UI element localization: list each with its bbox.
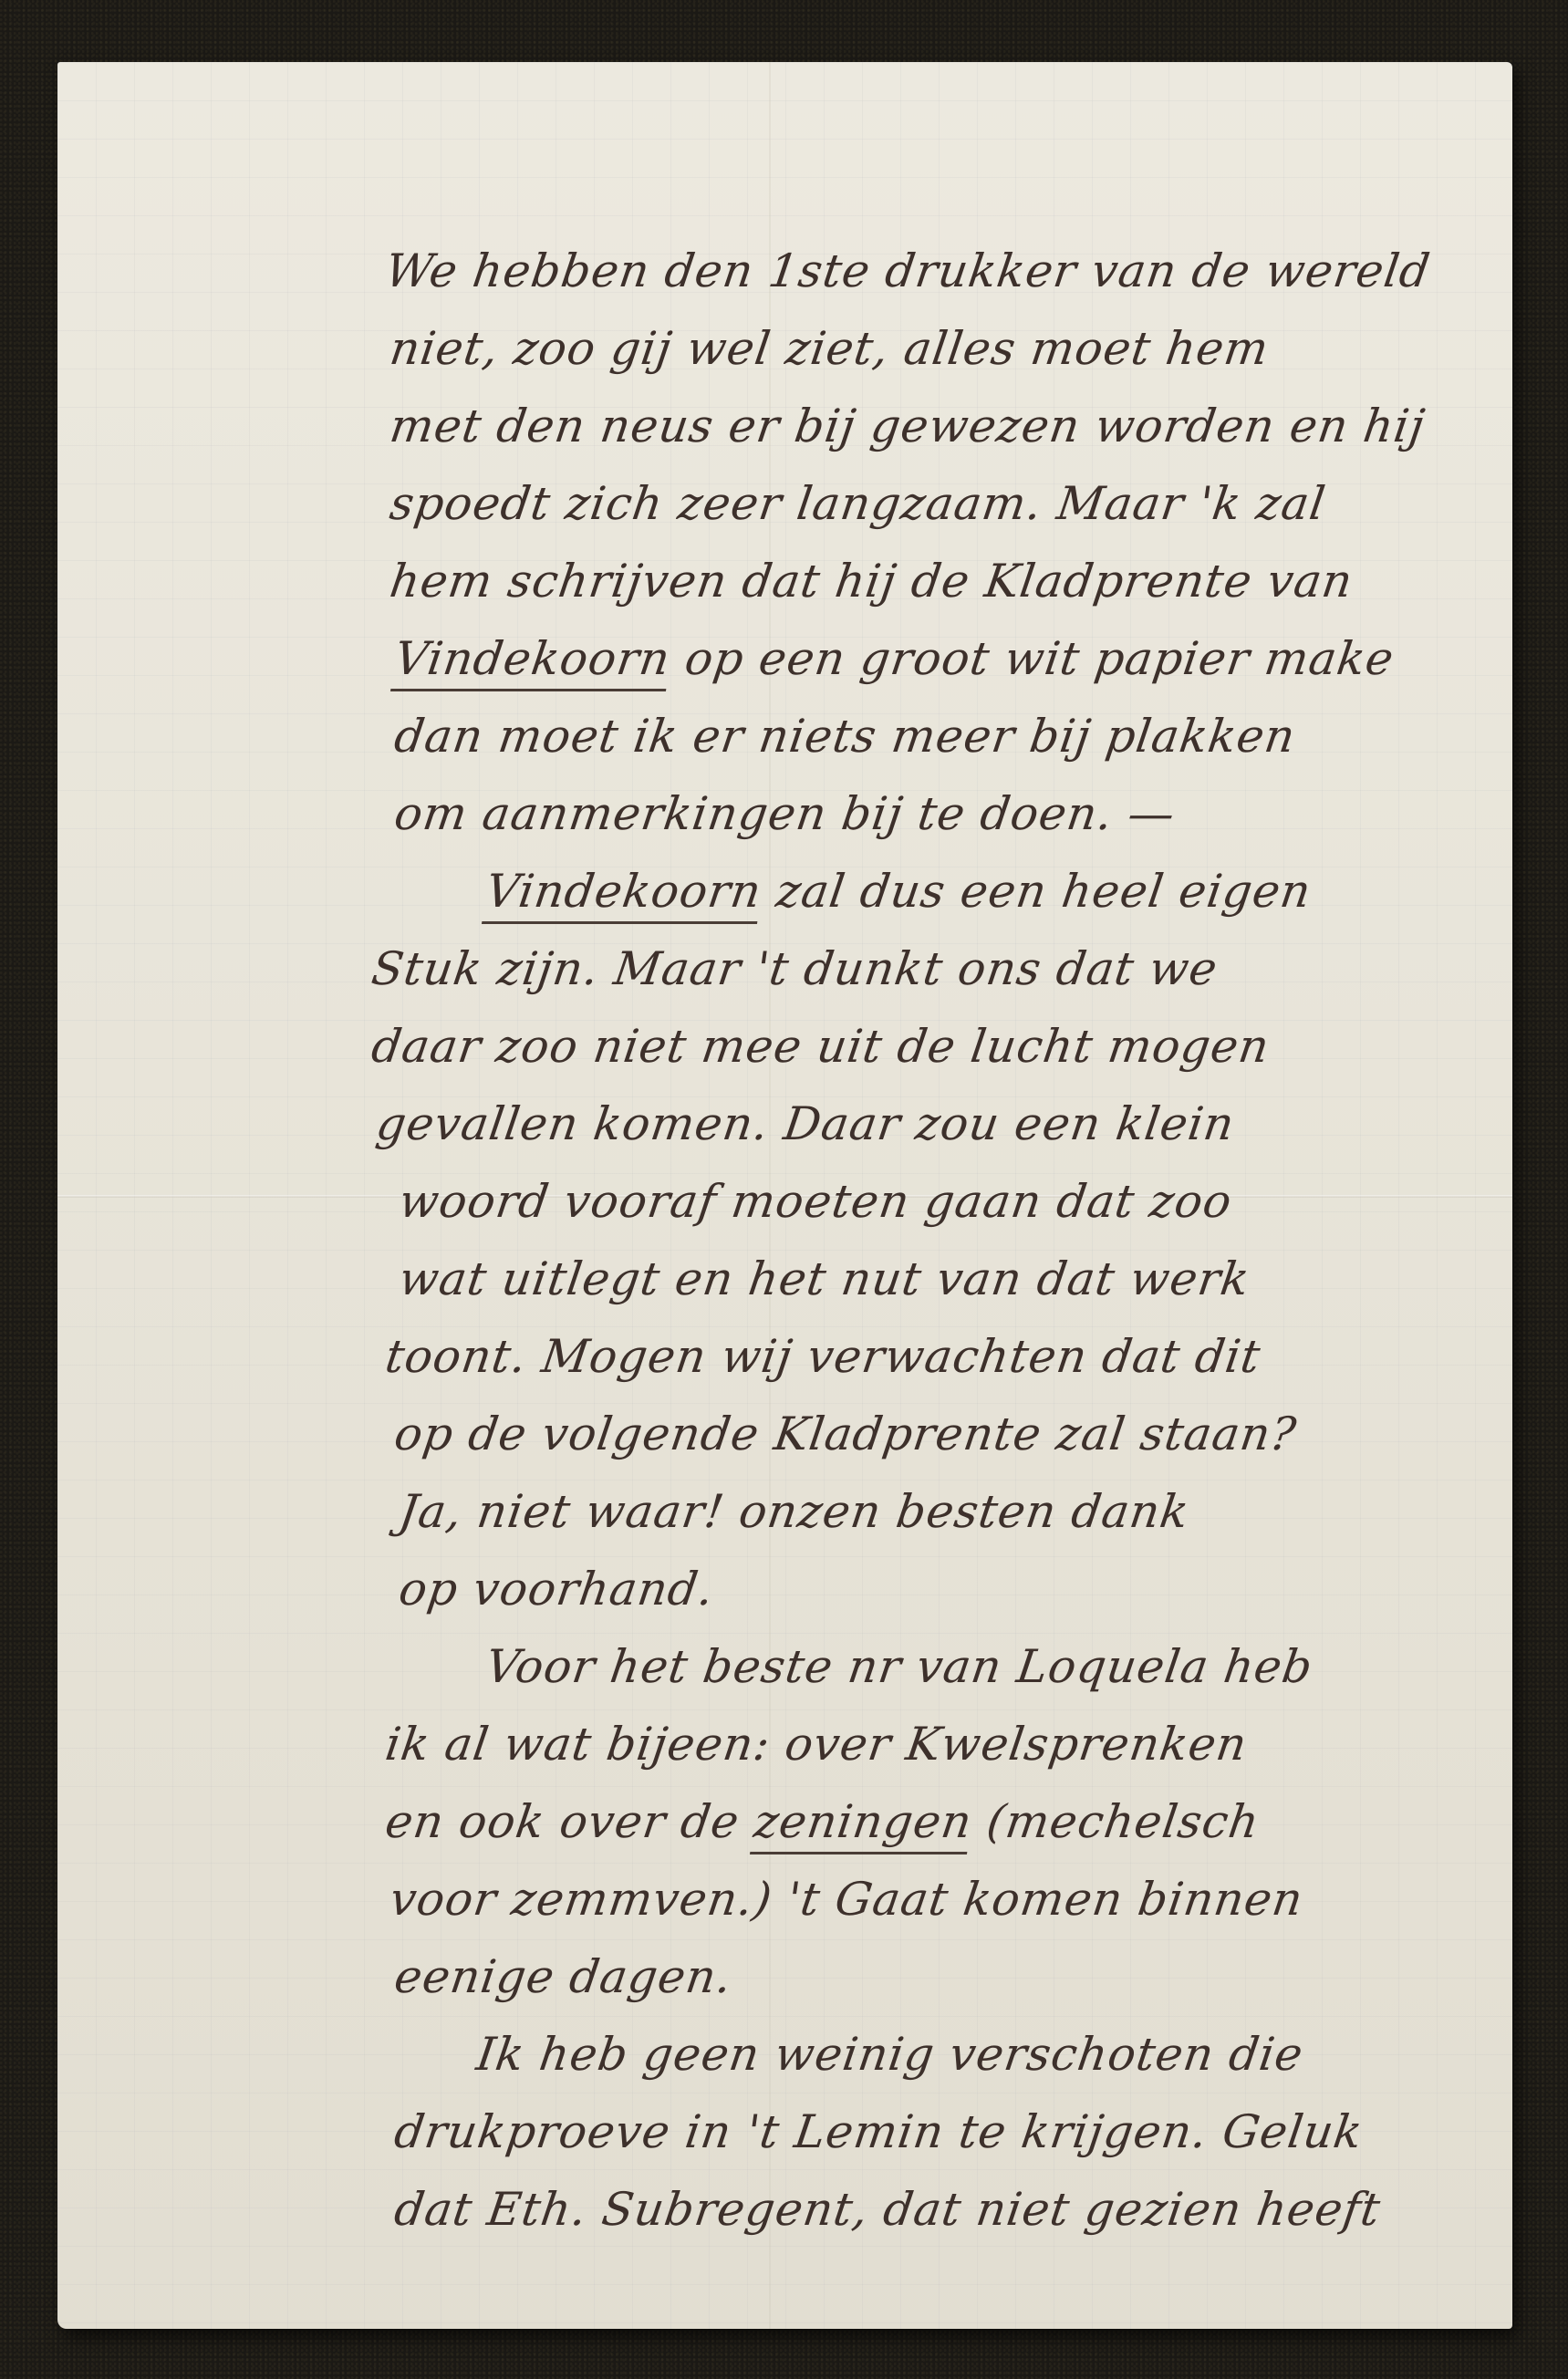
- handwritten-line: Voor het beste nr van Loquela heb: [483, 1640, 1316, 1693]
- line-prefix: en ook over de: [382, 1795, 758, 1848]
- handwritten-line: Ik heb geen weinig verschoten die: [473, 2028, 1307, 2081]
- handwritten-line: daar zoo niet mee uit de lucht mogen: [369, 1020, 1273, 1073]
- handwritten-line: en ook over de zeningen (mechelsch: [382, 1795, 1263, 1848]
- handwritten-line: Vindekoorn op een groot wit papier make: [391, 632, 1397, 685]
- handwritten-line: gevallen komen. Daar zou een klein: [373, 1097, 1238, 1150]
- handwritten-line: Vindekoorn zal dus een heel eigen: [483, 865, 1314, 918]
- handwritten-line: woord vooraf moeten gaan dat zoo: [396, 1175, 1235, 1228]
- line-suffix: (mechelsch: [968, 1795, 1262, 1848]
- underlined-name: Vindekoorn: [390, 632, 674, 691]
- handwritten-line: spoedt zich zeer langzaam. Maar 'k zal: [387, 477, 1329, 530]
- underlined-name: Vindekoorn: [482, 865, 765, 924]
- letter-page: We hebben den 1ste drukker van de wereld…: [57, 62, 1512, 2329]
- handwritten-line: We hebben den 1ste drukker van de wereld: [382, 244, 1434, 297]
- handwritten-line: toont. Mogen wij verwachten dat dit: [382, 1330, 1264, 1383]
- handwritten-line: Ja, niet waar! onzen besten dank: [396, 1485, 1193, 1538]
- handwritten-line: dat Eth. Subregent, dat niet gezien heef…: [391, 2183, 1384, 2236]
- handwritten-line: op voorhand.: [396, 1563, 718, 1615]
- handwritten-line: drukproeve in 't Lemin te krijgen. Geluk: [391, 2105, 1366, 2158]
- handwritten-line: ik al wat bijeen: over Kwelsprenken: [382, 1718, 1251, 1771]
- handwritten-line: Stuk zijn. Maar 't dunkt ons dat we: [369, 942, 1221, 995]
- handwritten-line: wat uitlegt en het nut van dat werk: [396, 1252, 1253, 1305]
- line-suffix: zal dus een heel eigen: [758, 865, 1315, 918]
- line-suffix: op een groot wit papier make: [667, 632, 1398, 685]
- handwritten-line: op de volgende Kladprente zal staan?: [391, 1408, 1300, 1460]
- handwritten-line: niet, zoo gij wel ziet, alles moet hem: [387, 322, 1272, 375]
- handwritten-line: eenige dagen.: [391, 1950, 736, 2003]
- handwritten-line: hem schrijven dat hij de Kladprente van: [387, 555, 1356, 608]
- handwritten-line: voor zemmven.) 't Gaat komen binnen: [387, 1873, 1306, 1926]
- handwritten-line: dan moet ik er niets meer bij plakken: [391, 710, 1299, 763]
- handwritten-line: met den neus er bij gewezen worden en hi…: [387, 400, 1428, 452]
- handwritten-line: om aanmerkingen bij te doen. —: [391, 787, 1179, 840]
- underlined-word: zeningen: [750, 1795, 975, 1854]
